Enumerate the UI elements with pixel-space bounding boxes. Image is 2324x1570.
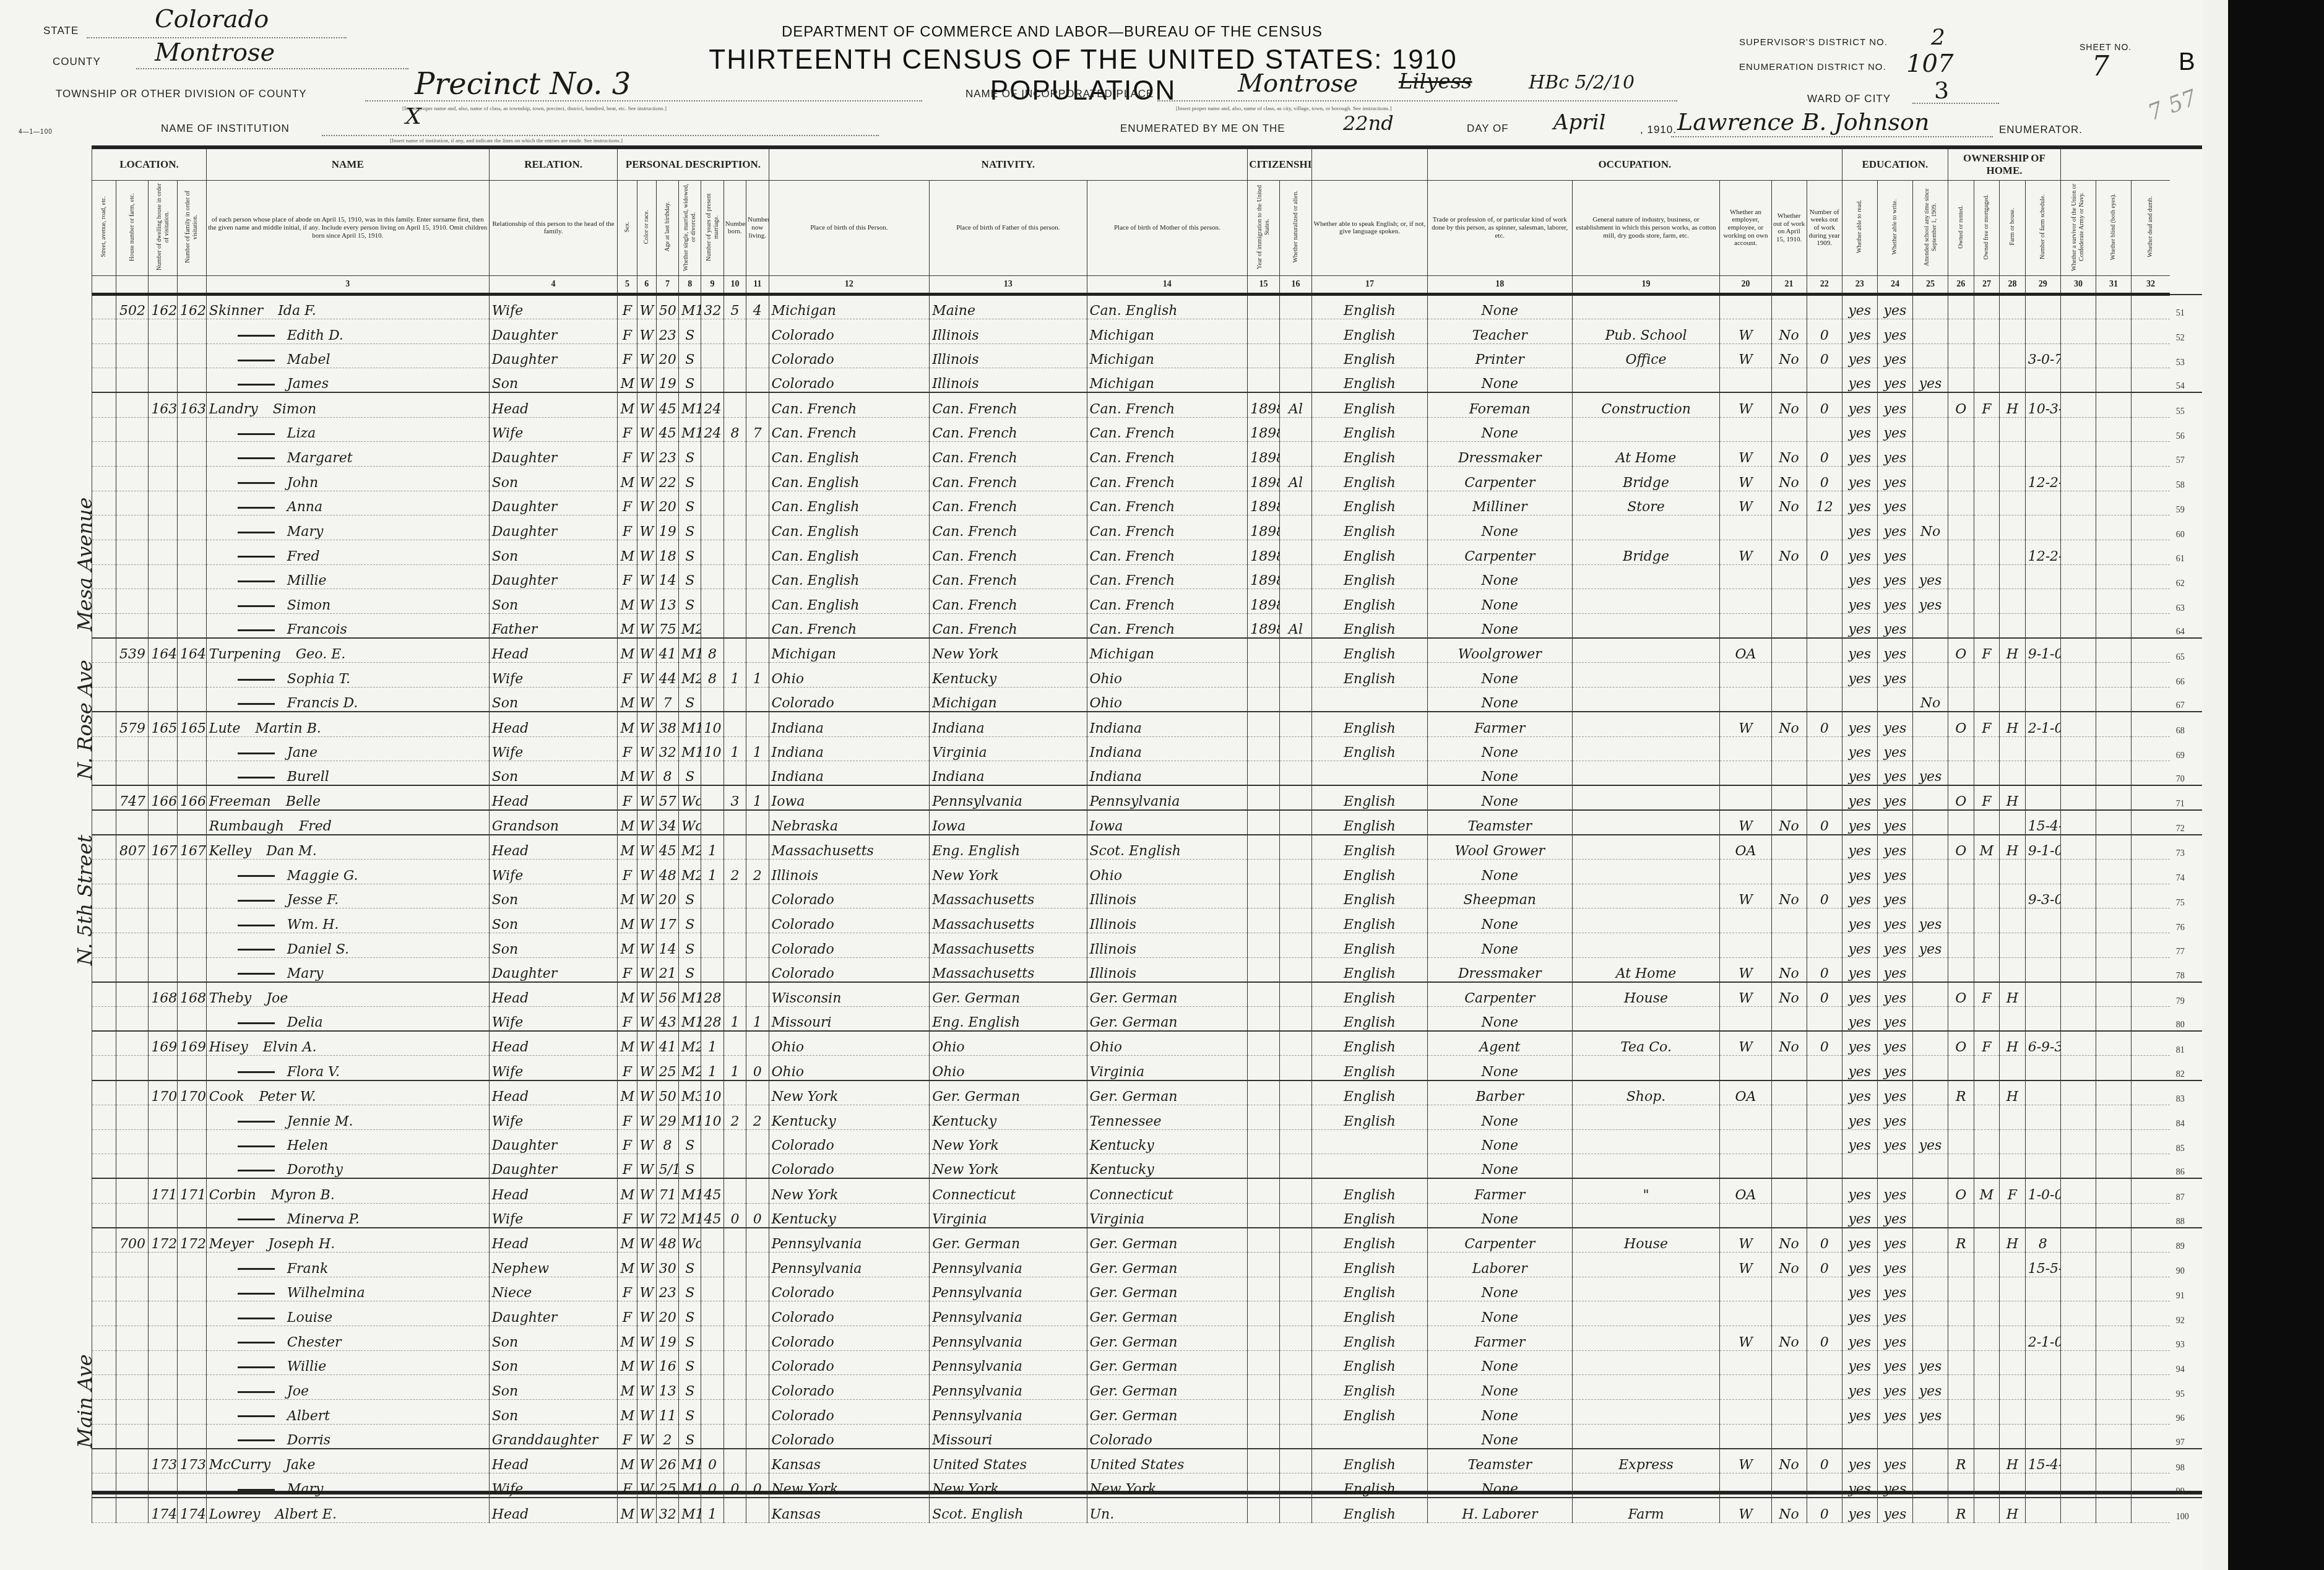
cell-deaf [2132,1228,2170,1253]
cell-own: R [1948,1449,1974,1473]
cell-nat [1280,1154,1312,1179]
cell-trade: None [1427,1129,1572,1154]
cell-lang: English [1312,933,1428,958]
cell-own [1948,1350,1974,1375]
cell-write: yes [1877,908,1912,933]
cell-relation: Son [489,368,618,393]
cell-race: W [637,810,656,835]
cell-bp: Can. English [769,564,930,589]
cell-race: W [637,859,656,884]
cell-bpf: Ohio [930,1031,1087,1056]
ditto-dash [238,1022,275,1024]
cell-street [92,1277,116,1301]
cell-race: W [637,1424,656,1449]
cell-house [116,1375,149,1400]
cell-free [1974,1080,2000,1105]
cell-wk: 0 [1807,1326,1842,1351]
cell-bpf: Pennsylvania [930,1375,1087,1400]
cell-bpf: New York [930,1473,1087,1498]
cell-emp [1720,614,1771,639]
col-school: Attended school any time since September… [1912,180,1948,276]
cell-industry [1572,589,1720,614]
cell-deaf [2132,736,2170,761]
name-cell: Mary [206,1473,489,1498]
cell-family [178,442,207,467]
cell-dwelling [149,688,178,712]
cell-born: 1 [724,663,746,688]
cell-read: yes [1842,368,1877,393]
cell-bpf: Eng. English [930,835,1087,860]
cell-fh [2000,761,2026,786]
cell-bpm: Indiana [1087,761,1248,786]
cell-trade: Carpenter [1427,1228,1572,1253]
cell-trade: None [1427,1375,1572,1400]
cell-born: 1 [724,736,746,761]
cell-family [178,319,207,343]
cell-living [746,933,769,958]
cell-age: 21 [656,957,678,982]
supervisor-value: 2 [1931,25,1945,50]
township-value: Precinct No. 3 [415,67,631,101]
cell-bp: Indiana [769,712,930,736]
ditto-dash [238,1391,275,1393]
cell-imm [1248,957,1280,982]
cell-imm [1248,295,1280,319]
cell-born [724,1424,746,1449]
cell-nat [1280,810,1312,835]
cell-deaf [2132,368,2170,393]
column-number: 17 [1312,276,1428,295]
cell-bpf: Ohio [930,1056,1087,1080]
cell-ow [1771,417,1807,442]
cell-blind [2096,884,2131,908]
cell-race: W [637,368,656,393]
cell-street [92,1449,116,1473]
cell-ow: No [1771,1326,1807,1351]
cell-race: W [637,1007,656,1032]
cell-blind [2096,392,2131,417]
cell-ow [1771,1400,1807,1425]
cell-blind [2096,712,2131,736]
cell-vet [2060,515,2096,540]
line-number: 60 [2170,515,2202,540]
cell-born [724,1178,746,1203]
cell-family [178,1400,207,1425]
cell-race: W [637,442,656,467]
cell-marital: M1 [679,1203,701,1228]
cell-age: 29 [656,1105,678,1129]
cell-nat [1280,1252,1312,1277]
cell-street [92,1129,116,1154]
ditto-dash [238,433,275,435]
cell-vet [2060,1203,2096,1228]
cell-own [1948,1154,1974,1179]
cell-street [92,442,116,467]
cell-imm [1248,1252,1280,1277]
cell-yrs [701,540,724,565]
table-row: 170170CookPeter W.HeadMW50M310New YorkGe… [92,1080,2203,1105]
table-row: Daniel S.SonMW14SColoradoMassachusettsIl… [92,933,2203,958]
cell-age: 20 [656,343,678,368]
cell-living [746,1277,769,1301]
cell-read: yes [1842,638,1877,663]
cell-wk: 0 [1807,1449,1842,1473]
cell-free [1974,1203,2000,1228]
cell-industry [1572,614,1720,639]
cell-vet [2060,295,2096,319]
cell-vet [2060,982,2096,1007]
cell-street [92,785,116,810]
name-cell: Mary [206,957,489,982]
cell-trade: Carpenter [1427,466,1572,491]
cell-deaf [2132,466,2170,491]
cell-dwelling [149,908,178,933]
cell-free [1974,957,2000,982]
cell-sex: F [618,957,637,982]
cell-house [116,1277,149,1301]
cell-bp: Colorado [769,688,930,712]
cell-code [2025,1154,2060,1179]
cell-blind [2096,1228,2131,1253]
cell-emp [1720,417,1771,442]
cell-free [1974,933,2000,958]
ditto-dash [238,949,275,951]
given-name: Martin B. [255,721,321,736]
cell-industry: Shop. [1572,1080,1720,1105]
cell-nat [1280,908,1312,933]
cell-read: yes [1842,1105,1877,1129]
column-number [116,276,149,295]
cell-write: yes [1877,859,1912,884]
cell-imm: 1898 [1248,540,1280,565]
cell-school [1912,1007,1948,1032]
cell-imm: 1898 [1248,442,1280,467]
cell-lang: English [1312,392,1428,417]
name-cell: CookPeter W. [206,1080,489,1105]
cell-born [724,1350,746,1375]
cell-code [2025,761,2060,786]
cell-street [92,1228,116,1253]
column-number: 8 [679,276,701,295]
cell-marital: S [679,343,701,368]
enumerator-name: Lawrence B. Johnson [1677,108,1929,136]
cell-relation: Wife [489,1203,618,1228]
cell-dwelling [149,1105,178,1129]
cell-nat [1280,1350,1312,1375]
cell-industry [1572,1277,1720,1301]
col-street: Street, avenue, road, etc. [92,180,116,276]
cell-race: W [637,1178,656,1203]
line-number-gutter [2170,149,2202,180]
cell-dwelling: 167 [149,835,178,860]
cell-living [746,712,769,736]
cell-read: yes [1842,1007,1877,1032]
cell-read: yes [1842,1080,1877,1105]
cell-imm [1248,1031,1280,1056]
cell-yrs [701,1350,724,1375]
cell-nat [1280,835,1312,860]
cell-bpm: Can. French [1087,442,1248,467]
cell-living: 0 [746,1473,769,1498]
cell-age: 20 [656,1301,678,1326]
cell-yrs [701,319,724,343]
cell-sex: F [618,1154,637,1179]
cell-bp: Indiana [769,761,930,786]
ditto-dash [238,1071,275,1073]
surname: Meyer [209,1236,254,1252]
cell-free: M [1974,1178,2000,1203]
cell-trade: Milliner [1427,491,1572,515]
col-birth-father: Place of birth of Father of this person. [930,180,1087,276]
cell-read: yes [1842,663,1877,688]
ditto-dash [238,1489,275,1491]
cell-bp: Colorado [769,1129,930,1154]
col-language: Whether able to speak English; or, if no… [1312,180,1428,276]
cell-born [724,957,746,982]
cell-nat [1280,1277,1312,1301]
cell-write: yes [1877,564,1912,589]
col-naturalized: Whether naturalized or alien. [1280,180,1312,276]
cell-ow [1771,1375,1807,1400]
cell-industry [1572,1203,1720,1228]
cell-dwelling [149,515,178,540]
cell-write: yes [1877,540,1912,565]
name-cell: James [206,368,489,393]
given-name: Simon [287,598,330,613]
cell-industry [1572,835,1720,860]
cell-read: yes [1842,614,1877,639]
cell-relation: Grandson [489,810,618,835]
cell-born [724,1080,746,1105]
cell-read: yes [1842,417,1877,442]
cell-own [1948,933,1974,958]
cell-wk [1807,859,1842,884]
cell-relation: Son [489,589,618,614]
cell-industry [1572,1129,1720,1154]
cell-code [2025,1375,2060,1400]
cell-industry [1572,712,1720,736]
cell-free [1974,1449,2000,1473]
cell-industry: Farm [1572,1498,1720,1522]
cell-lang: English [1312,515,1428,540]
cell-marital: S [679,515,701,540]
cell-street [92,835,116,860]
cell-nat [1280,1178,1312,1203]
col-birth-person: Place of birth of this Person. [769,180,930,276]
cell-bpm: Ger. German [1087,1400,1248,1425]
cell-deaf [2132,1203,2170,1228]
cell-industry: House [1572,1228,1720,1253]
cell-wk [1807,933,1842,958]
cell-bpf: Pennsylvania [930,1301,1087,1326]
cell-living: 7 [746,417,769,442]
county-label: COUNTY [53,56,101,68]
cell-trade: None [1427,908,1572,933]
cell-lang [1312,1154,1428,1179]
cell-marital: M1 [679,1449,701,1473]
cell-trade: Printer [1427,343,1572,368]
cell-sex: F [618,1105,637,1129]
cell-nat [1280,368,1312,393]
cell-marital: S [679,884,701,908]
cell-school: yes [1912,908,1948,933]
cell-family [178,1056,207,1080]
cell-marital: S [679,933,701,958]
cell-dwelling [149,1326,178,1351]
cell-ow [1771,688,1807,712]
department-title: DEPARTMENT OF COMMERCE AND LABOR—BUREAU … [619,24,1485,41]
cell-own [1948,761,1974,786]
cell-nat [1280,663,1312,688]
cell-age: 75 [656,614,678,639]
cell-marital: S [679,1129,701,1154]
group-personal: PERSONAL DESCRIPTION. [618,149,769,180]
cell-bp: Can. English [769,442,930,467]
cell-code: 10-3-9-8 [2025,392,2060,417]
table-row: SimonSonMW13SCan. EnglishCan. FrenchCan.… [92,589,2203,614]
cell-street [92,982,116,1007]
cell-free: F [1974,982,2000,1007]
cell-imm [1248,982,1280,1007]
cell-fh: H [2000,712,2026,736]
cell-dwelling [149,1350,178,1375]
cell-marital: M1 [679,392,701,417]
cell-family [178,1326,207,1351]
cell-write: yes [1877,1473,1912,1498]
cell-vet [2060,1105,2096,1129]
cell-lang: English [1312,1301,1428,1326]
cell-bp: Kansas [769,1498,930,1522]
cell-nat [1280,343,1312,368]
cell-yrs: 1 [701,1031,724,1056]
cell-race: W [637,343,656,368]
cell-bpf: Massachusetts [930,957,1087,982]
cell-imm [1248,343,1280,368]
cell-trade: None [1427,1277,1572,1301]
table-row: WillieSonMW16SColoradoPennsylvaniaGer. G… [92,1350,2203,1375]
col-birth-mother: Place of birth of Mother of this person. [1087,180,1248,276]
cell-school: yes [1912,933,1948,958]
cell-lang: English [1312,466,1428,491]
cell-bpm: Indiana [1087,736,1248,761]
table-row: AlbertSonMW11SColoradoPennsylvaniaGer. G… [92,1400,2203,1425]
cell-code [2025,589,2060,614]
cell-dwelling: 169 [149,1031,178,1056]
given-name: Joe [266,991,288,1006]
cell-street [92,1105,116,1129]
cell-house [116,1031,149,1056]
cell-house [116,1178,149,1203]
col-race: Color or race. [637,180,656,276]
cell-lang: English [1312,835,1428,860]
name-cell: Jane [206,736,489,761]
cell-bpm: Michigan [1087,368,1248,393]
incorporated-place-note: [Insert proper name and, also, name of c… [1176,105,1392,111]
cell-school [1912,417,1948,442]
cell-relation: Granddaughter [489,1424,618,1449]
cell-bpm: Ohio [1087,688,1248,712]
cell-dwelling [149,859,178,884]
surname: McCurry [209,1457,270,1473]
cell-bpf: Can. French [930,540,1087,565]
name-cell: Louise [206,1301,489,1326]
cell-yrs: 24 [701,417,724,442]
cell-bpm: New York [1087,1473,1248,1498]
cell-house [116,859,149,884]
name-cell: KelleyDan M. [206,835,489,860]
cell-age: 45 [656,417,678,442]
cell-ow: No [1771,982,1807,1007]
cell-fh [2000,295,2026,319]
cell-industry [1572,663,1720,688]
ditto-dash [238,1121,275,1123]
ditto-dash [238,703,275,705]
cell-dwelling [149,614,178,639]
cell-nat [1280,1056,1312,1080]
cell-race: W [637,908,656,933]
cell-ow [1771,761,1807,786]
cell-fh [2000,688,2026,712]
cell-emp: W [1720,466,1771,491]
cell-yrs [701,908,724,933]
cell-code: 9-1-0-0 [2025,638,2060,663]
cell-industry [1572,368,1720,393]
line-number: 97 [2170,1424,2202,1449]
cell-bpm: Virginia [1087,1203,1248,1228]
given-name: Chester [287,1335,342,1350]
cell-write: yes [1877,761,1912,786]
cell-own [1948,1326,1974,1351]
cell-industry [1572,810,1720,835]
cell-wk: 0 [1807,319,1842,343]
cell-school [1912,1473,1948,1498]
cell-emp: W [1720,1252,1771,1277]
cell-trade: None [1427,515,1572,540]
cell-living [746,1375,769,1400]
cell-vet [2060,1326,2096,1351]
cell-born [724,761,746,786]
cell-lang: English [1312,491,1428,515]
cell-bpm: Virginia [1087,1056,1248,1080]
cell-born [724,392,746,417]
table-row: 502162162SkinnerIda F.WifeFW50M13254Mich… [92,295,2203,319]
cell-school [1912,859,1948,884]
group-occupation: OCCUPATION. [1427,149,1842,180]
cell-code [2025,1203,2060,1228]
cell-lang: English [1312,736,1428,761]
cell-fh: H [2000,1031,2026,1056]
cell-nat [1280,1203,1312,1228]
cell-free [1974,1056,2000,1080]
cell-school [1912,1154,1948,1179]
cell-age: 17 [656,908,678,933]
cell-imm: 1898 [1248,614,1280,639]
cell-yrs [701,442,724,467]
cell-ow [1771,1301,1807,1326]
cell-trade: Teacher [1427,319,1572,343]
cell-marital: M1 [679,1178,701,1203]
cell-bpf: Indiana [930,761,1087,786]
cell-fh: H [2000,1498,2026,1522]
cell-street [92,1473,116,1498]
cell-bp: Colorado [769,884,930,908]
cell-write: yes [1877,957,1912,982]
cell-marital: M1 [679,295,701,319]
cell-blind [2096,1252,2131,1277]
line-number: 61 [2170,540,2202,565]
ditto-dash [238,679,275,681]
cell-industry: Store [1572,491,1720,515]
